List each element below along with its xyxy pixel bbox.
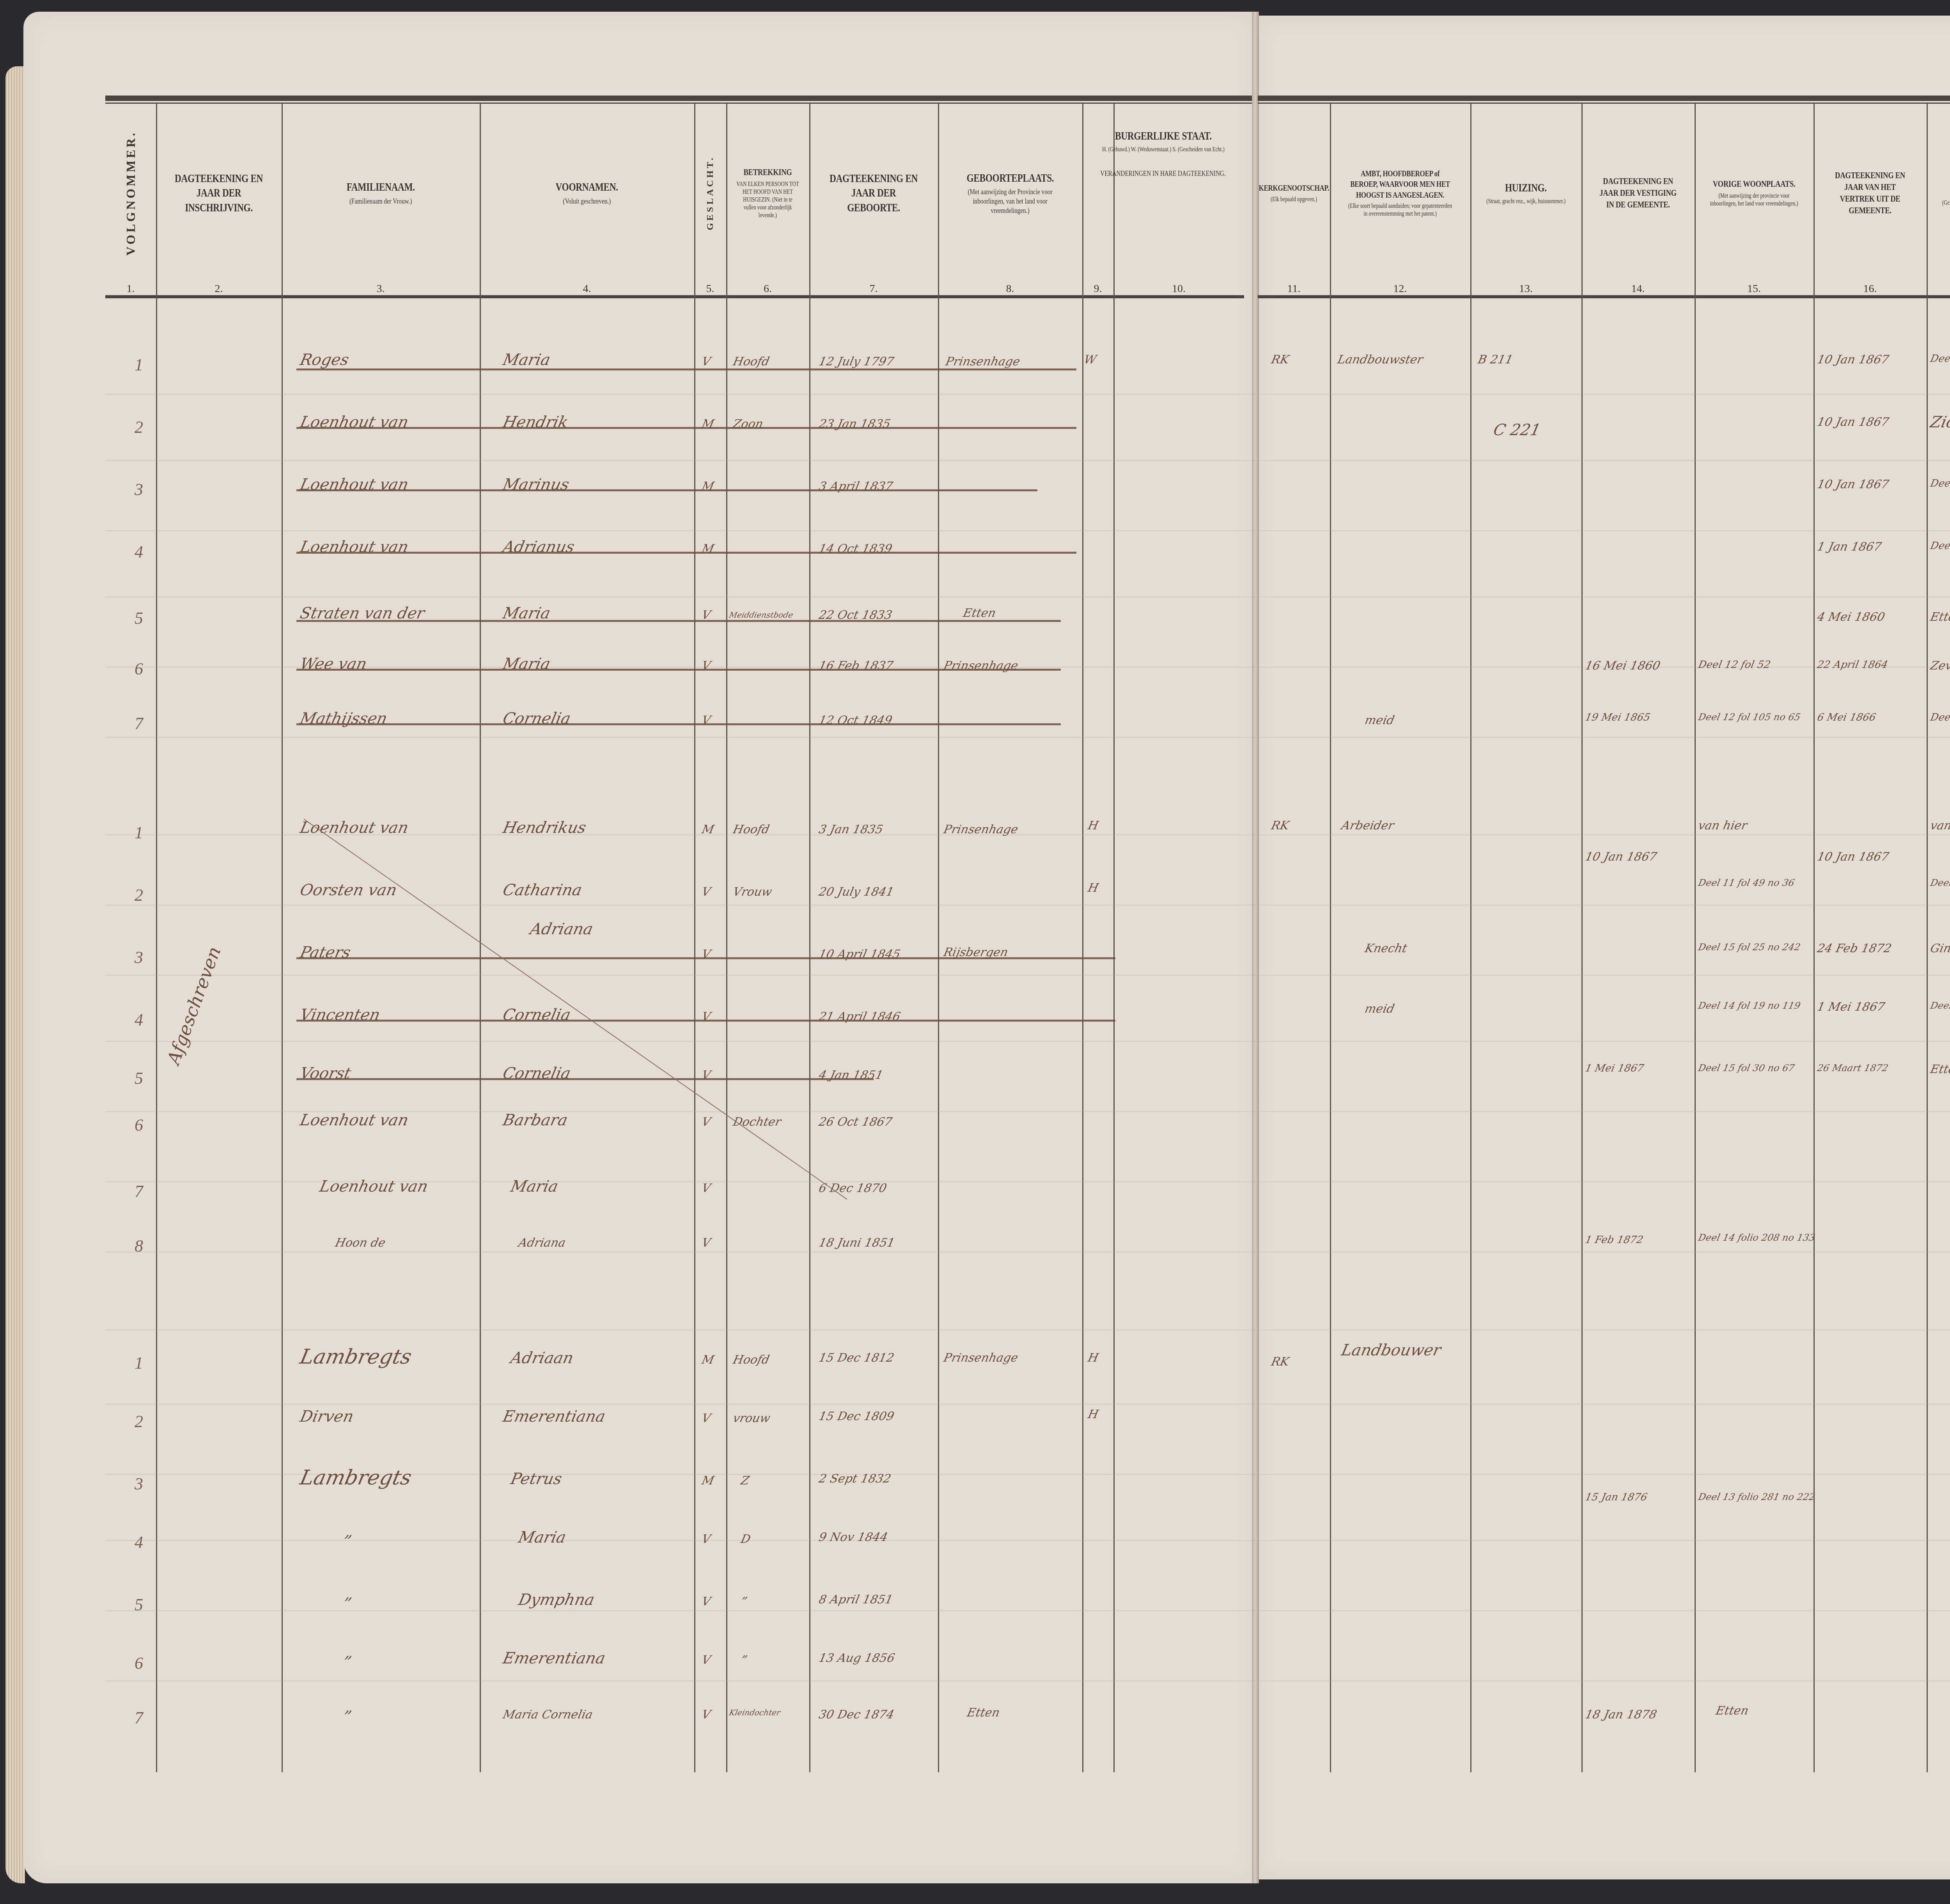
- col-number: 5.: [694, 283, 726, 295]
- col-number: 13.: [1470, 283, 1581, 295]
- header-sub: (Elke soort bepaald aanduiden; voor gepa…: [1346, 202, 1454, 218]
- departure-date: 10 Jan 1867: [1816, 850, 1890, 864]
- header-sub: (Met aanwijzing der Provincie voor inboo…: [954, 188, 1066, 215]
- destination: Etten en Leur: [1929, 610, 1950, 624]
- strike-through: [296, 723, 1061, 725]
- church: RK: [1270, 1355, 1290, 1369]
- ruled-line: [105, 460, 1950, 461]
- surname: Loenhout van: [298, 819, 410, 837]
- ruled-line: [105, 667, 1950, 668]
- header-col-8: GEBOORTEPLAATS.(Met aanwijzing der Provi…: [938, 105, 1082, 281]
- header-col-11: KERKGENOOTSCHAP.(Elk bepaald opgeven.): [1258, 105, 1330, 281]
- col-divider: [1581, 103, 1583, 1772]
- house: C 221: [1492, 421, 1542, 439]
- header-col-9-10: BURGERLIJKE STAAT.H. (Gehuwd.) W. (Weduw…: [1082, 105, 1244, 281]
- given-name: Catharina: [501, 881, 583, 899]
- col-number: 9.: [1082, 283, 1113, 295]
- ruled-line: [105, 975, 1950, 976]
- birth-date: 15 Dec 1809: [817, 1410, 895, 1423]
- birth-place: Prinsenhage: [942, 823, 1019, 836]
- birth-place: Etten: [962, 606, 997, 620]
- surname: Lambregts: [298, 1466, 414, 1490]
- given-name: Emerentiana: [501, 1649, 607, 1667]
- header-col-4: VOORNAMEN.(Voluit geschreven.): [480, 105, 694, 281]
- col-number: 12.: [1330, 283, 1470, 295]
- row-number: 7: [135, 1181, 143, 1201]
- departure-date: 22 April 1864: [1816, 659, 1889, 671]
- destination: Zevenbergen: [1929, 659, 1950, 673]
- occupation: meid: [1363, 714, 1395, 727]
- previous-residence: Deel 14 folio 208 no 133: [1697, 1232, 1816, 1243]
- strike-through: [296, 489, 1037, 491]
- header-title: GESLACHT.: [704, 156, 716, 230]
- col-divider: [694, 103, 695, 1772]
- col-divider: [726, 103, 727, 1772]
- destination: Deel 11 fol 49 no 36: [1929, 877, 1950, 888]
- header-col-1: VOLGNOMMER.: [105, 105, 156, 281]
- relation: Vrouw: [732, 885, 773, 899]
- header-sub: (Voluit geschreven.): [563, 197, 611, 206]
- col-divider: [1927, 103, 1928, 1772]
- header-title: VORIGE WOONPLAATS.: [1713, 178, 1795, 190]
- birth-date: 13 Aug 1856: [817, 1651, 896, 1665]
- destination: Deel 12 fol 84: [1929, 478, 1950, 489]
- col-number: 4.: [480, 283, 694, 295]
- ruled-line: [105, 905, 1950, 905]
- birth-place: Etten: [966, 1706, 1001, 1720]
- header-top-thin-rule-left: [105, 103, 1252, 104]
- col-divider: [480, 103, 481, 1772]
- col-divider: [809, 103, 810, 1772]
- header-col-5: GESLACHT.: [694, 105, 726, 281]
- ruled-line: [105, 1330, 1950, 1330]
- given-name: Hendrikus: [501, 819, 588, 837]
- header-title: FAMILIENAAM.: [347, 180, 415, 195]
- row-number: 7: [135, 1708, 143, 1728]
- header-sub: (Familienaam der Vrouw.): [349, 197, 412, 206]
- row-number: 1: [135, 1353, 143, 1373]
- departure-date: 1 Mei 1867: [1816, 1000, 1886, 1014]
- occupation: Arbeider: [1340, 819, 1395, 832]
- departure-date: 1 Jan 1867: [1816, 540, 1883, 554]
- strike-through: [296, 1020, 1115, 1022]
- header-title: DAGTEEKENING EN JAAR DER VESTIGING IN DE…: [1596, 175, 1681, 211]
- previous-residence: Deel 12 fol 105 no 65: [1697, 712, 1801, 723]
- relation: Hoofd: [732, 1353, 771, 1367]
- destination: van hier: [1929, 819, 1950, 832]
- col-divider: [938, 103, 939, 1772]
- birth-date: 9 Nov 1844: [817, 1530, 889, 1544]
- row-number: 4: [135, 1010, 143, 1030]
- relation: Kleindochter: [728, 1708, 781, 1717]
- departure-date: 10 Jan 1867: [1816, 353, 1890, 367]
- birth-date: 2 Sept 1832: [817, 1472, 892, 1486]
- ruled-line: [105, 1610, 1950, 1611]
- ruled-line: [105, 1041, 1950, 1042]
- header-top-thin-rule-right: [1258, 103, 1950, 104]
- row-number: 1: [135, 823, 143, 843]
- row-number: 3: [135, 480, 143, 499]
- header-col-12: AMBT, HOOFDBEROEP of BEROEP, WAARVOOR ME…: [1330, 105, 1470, 281]
- col-divider: [156, 103, 157, 1772]
- given-name: Adriaan: [509, 1349, 575, 1367]
- header-title: VOORNAMEN.: [556, 180, 618, 195]
- given-name: Maria Cornelia: [502, 1708, 594, 1722]
- row-number: 3: [135, 948, 143, 967]
- destination: Deel 13 fol 300 no 169: [1929, 540, 1950, 552]
- occupation: Landbouwster: [1336, 353, 1424, 367]
- header-title: GEBOORTEPLAATS.: [966, 171, 1054, 186]
- col-number: 3.: [282, 283, 480, 295]
- house: B 211: [1477, 353, 1514, 367]
- row-number: 6: [135, 659, 143, 679]
- destination: Zichem: [1929, 413, 1950, 431]
- col-number: 7.: [809, 283, 938, 295]
- col-number: 2.: [156, 283, 282, 295]
- ruled-line: [105, 1540, 1950, 1541]
- previous-residence: Deel 12 fol 52: [1697, 659, 1772, 671]
- birth-place: Prinsenhage: [942, 1351, 1019, 1365]
- settlement-date: 19 Mei 1865: [1584, 712, 1651, 723]
- departure-date: 10 Jan 1867: [1816, 415, 1890, 429]
- strike-through: [296, 427, 1076, 429]
- row-number: 6: [135, 1653, 143, 1673]
- header-col-13: HUIZING.(Straat, gracht enz., wijk, huis…: [1470, 105, 1581, 281]
- birth-place: Prinsenhage: [944, 355, 1021, 368]
- surname: Loenhout van: [298, 1111, 410, 1129]
- header-col-14: DAGTEEKENING EN JAAR DER VESTIGING IN DE…: [1581, 105, 1695, 281]
- settlement-date: 15 Jan 1876: [1584, 1491, 1649, 1503]
- row-number: 5: [135, 1595, 143, 1615]
- col-number: 1.: [105, 283, 156, 295]
- ruled-line: [105, 597, 1950, 597]
- departure-date: 10 Jan 1867: [1816, 478, 1890, 491]
- header-title: VOLGNOMMER.: [123, 131, 138, 255]
- birth-date: 18 Juni 1851: [817, 1236, 896, 1250]
- settlement-date: 16 Mei 1860: [1584, 659, 1661, 673]
- previous-residence: Deel 14 fol 19 no 119: [1697, 1000, 1801, 1011]
- header-title: BURGERLIJKE STAAT.: [1115, 129, 1212, 143]
- row-number: 4: [135, 542, 143, 562]
- relation: Meiddienstbode: [728, 610, 794, 620]
- destination: Deel 13 fol: [1929, 712, 1950, 723]
- header-sub: H. (Gehuwd.) W. (Weduwenstaat.) S. (Gesc…: [1102, 146, 1225, 154]
- birth-date: 3 Jan 1835: [817, 823, 884, 836]
- header-title: VERANDERINGEN IN HARE DAGTEEKENING.: [1101, 169, 1226, 179]
- col-number: 14.: [1581, 283, 1695, 295]
- relation: Hoofd: [732, 823, 771, 836]
- surname: Lambregts: [298, 1345, 414, 1369]
- surname: Roges: [298, 351, 351, 369]
- departure-date: 26 Maart 1872: [1816, 1063, 1889, 1073]
- header-col-2: DAGTEEKENING EN JAAR DER INSCHRIJVING.: [156, 105, 282, 281]
- given-name: Emerentiana: [501, 1408, 607, 1426]
- header-top-rule-right: [1258, 96, 1950, 101]
- header-title: DAGTEEKENING EN JAAR DER INSCHRIJVING.: [172, 171, 266, 215]
- birth-date: 30 Dec 1874: [817, 1708, 895, 1722]
- birth-date: 15 Dec 1812: [817, 1351, 895, 1365]
- col-number: 15.: [1695, 283, 1813, 295]
- header-title: AMBT, HOOFDBEROEP of BEROEP, WAARVOOR ME…: [1347, 168, 1453, 200]
- row-number: 4: [135, 1532, 143, 1552]
- header-bottom-rule-left: [105, 295, 1244, 298]
- destination: Ginneken: [1929, 942, 1950, 955]
- ruled-line: [105, 530, 1950, 531]
- given-name: Petrus: [509, 1470, 564, 1488]
- col-number: 16.: [1813, 283, 1927, 295]
- header-title: WAARHEEN VERTROKKEN.: [1942, 172, 1950, 197]
- header-col-3: FAMILIENAAM.(Familienaam der Vrouw.): [282, 105, 480, 281]
- header-bottom-rule-right: [1258, 295, 1950, 298]
- header-sub: (Met aanwijzing der provincie voor inboo…: [1708, 192, 1799, 208]
- relation: Dochter: [732, 1115, 782, 1129]
- row-number: 6: [135, 1115, 143, 1135]
- col-number: 10.: [1113, 283, 1244, 295]
- header-sub: (Elk bepaald opgeven.): [1271, 196, 1317, 204]
- destination: Etten Leur: [1929, 1063, 1950, 1076]
- surname: Oorsten van: [298, 881, 399, 899]
- surname: Dirven: [298, 1408, 355, 1426]
- strike-through: [296, 552, 1076, 554]
- col-divider: [1113, 103, 1115, 1772]
- given-name: Maria: [509, 1178, 560, 1196]
- given-name: Adriana: [517, 1236, 567, 1250]
- given-name: Adriana: [528, 920, 595, 938]
- row-number: 2: [135, 1412, 143, 1431]
- surname: Hoon de: [334, 1236, 387, 1250]
- header-sub: (Gemeente en provincie voor inboorlingen…: [1941, 199, 1950, 215]
- header-title: KERKGENOOTSCHAP.: [1259, 182, 1329, 193]
- col-number: 17.: [1927, 283, 1950, 295]
- departure-date: 24 Feb 1872: [1816, 942, 1893, 955]
- church: RK: [1270, 819, 1290, 832]
- col-divider: [1695, 103, 1696, 1772]
- row-number: 2: [135, 885, 143, 905]
- header-top-rule-left: [105, 96, 1252, 101]
- strike-through: [296, 368, 1076, 370]
- destination: Deel 13 fol 300 no 169: [1929, 353, 1950, 365]
- ruled-line: [105, 1681, 1950, 1681]
- col-divider: [1082, 103, 1083, 1772]
- row-number: 8: [135, 1236, 143, 1256]
- header-col-16: DAGTEEKENING EN JAAR VAN HET VERTREK UIT…: [1813, 105, 1927, 281]
- birth-date: 6 Dec 1870: [817, 1181, 888, 1195]
- ruled-line: [105, 1404, 1950, 1405]
- previous-residence: Deel 15 fol 30 no 67: [1697, 1063, 1796, 1073]
- settlement-date: 1 Feb 1872: [1584, 1234, 1644, 1246]
- header-col-6: BETREKKINGVAN ELKEN PERSOON TOT HET HOOF…: [726, 105, 809, 281]
- given-name: Maria: [501, 351, 552, 369]
- given-name: Maria: [517, 1529, 567, 1546]
- row-number: 1: [135, 355, 143, 375]
- occupation: meid: [1363, 1002, 1395, 1016]
- given-name: Dymphna: [517, 1591, 596, 1609]
- destination: Deel 15 fol 19 no 71: [1929, 1000, 1950, 1011]
- strike-through: [296, 620, 1061, 622]
- settlement-date: 1 Mei 1867: [1584, 1063, 1645, 1074]
- departure-date: 6 Mei 1866: [1816, 712, 1877, 723]
- previous-residence: Deel 15 fol 25 no 242: [1697, 942, 1801, 953]
- header-col-17: WAARHEEN VERTROKKEN.(Gemeente en provinc…: [1927, 105, 1950, 281]
- col-divider: [1330, 103, 1331, 1772]
- departure-date: 4 Mei 1860: [1816, 610, 1886, 624]
- header-col-7: DAGTEEKENING EN JAAR DER GEBOORTE.: [809, 105, 938, 281]
- church: RK: [1270, 353, 1290, 367]
- previous-residence: Deel 11 fol 49 no 36: [1697, 877, 1796, 888]
- header-sub: (Straat, gracht enz., wijk, huisnommer.): [1486, 198, 1565, 205]
- header-col-15: VORIGE WOONPLAATS.(Met aanwijzing der pr…: [1695, 105, 1813, 281]
- col-divider: [282, 103, 283, 1772]
- relation: Hoofd: [732, 355, 771, 368]
- strike-through: [296, 669, 1061, 671]
- header-title: DAGTEEKENING EN JAAR DER GEBOORTE.: [825, 171, 922, 215]
- settlement-date: 18 Jan 1878: [1584, 1708, 1658, 1722]
- surname: Loenhout van: [318, 1178, 429, 1196]
- previous-residence: Deel 13 folio 281 no 222: [1697, 1491, 1816, 1502]
- previous-residence: Etten: [1714, 1704, 1750, 1718]
- previous-residence: van hier: [1697, 819, 1748, 832]
- strike-through: [296, 957, 1115, 959]
- ruled-line: [105, 737, 1950, 738]
- birth-date: 20 July 1841: [817, 885, 895, 899]
- row-number: 5: [135, 1068, 143, 1088]
- col-number: 11.: [1258, 283, 1330, 295]
- given-name: Barbara: [501, 1111, 569, 1129]
- strike-through: [296, 1078, 874, 1080]
- row-number: 3: [135, 1474, 143, 1494]
- header-title: DAGTEEKENING EN JAAR VAN HET VERTREK UIT…: [1828, 170, 1913, 216]
- header-sub: VAN ELKEN PERSOON TOT HET HOOFD VAN HET …: [736, 181, 799, 220]
- col-divider: [1470, 103, 1471, 1772]
- ruled-line: [105, 1252, 1950, 1252]
- ruled-line: [105, 394, 1950, 395]
- occupation: Landbouwer: [1340, 1341, 1443, 1359]
- row-number: 7: [135, 714, 143, 733]
- row-number: 5: [135, 608, 143, 628]
- birth-date: 26 Oct 1867: [817, 1115, 893, 1129]
- book-page-edges: [5, 66, 25, 1883]
- settlement-date: 10 Jan 1867: [1584, 850, 1658, 864]
- birth-date: 8 April 1851: [817, 1593, 894, 1606]
- header-title: BETREKKING: [743, 166, 792, 178]
- birth-date: 12 July 1797: [817, 355, 895, 368]
- row-number: 2: [135, 417, 143, 437]
- occupation: Knecht: [1363, 942, 1408, 955]
- col-number: 8.: [938, 283, 1082, 295]
- relation: vrouw: [732, 1412, 771, 1425]
- col-divider: [1813, 103, 1815, 1772]
- col-number: 6.: [726, 283, 809, 295]
- header-title: HUIZING.: [1505, 181, 1547, 195]
